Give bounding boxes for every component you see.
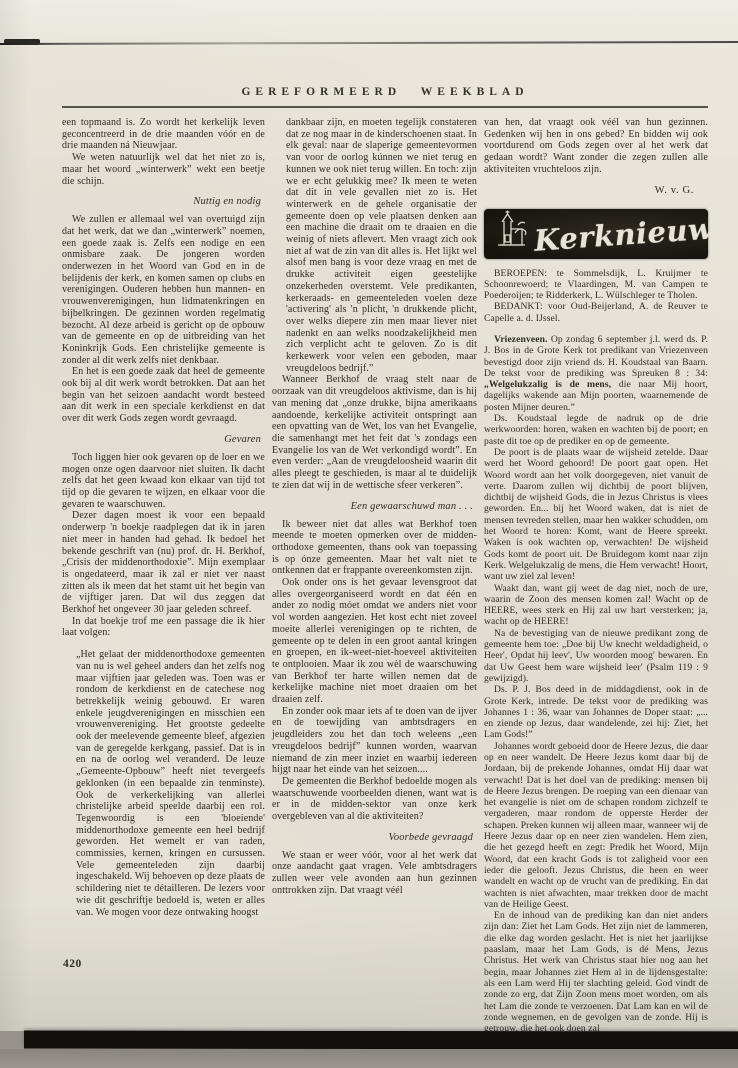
news-label: BEDANKT: bbox=[494, 301, 543, 312]
news-label: BEROEPEN: bbox=[494, 268, 547, 279]
article-columns: een topmaand is. Zo wordt het kerkelijk … bbox=[62, 117, 708, 1034]
paragraph: We staan er weer vóór, voor al het werk … bbox=[272, 850, 477, 897]
kerknieuws-news: BEROEPEN: te Sommelsdijk, L. Kruijmer te… bbox=[484, 268, 708, 1035]
news-item-vriezenveen: Vriezenveen. Op zondag 6 september j.l. … bbox=[484, 334, 708, 413]
news-paragraph: Johannes wordt geboeid door de Heere Jez… bbox=[484, 741, 708, 910]
news-paragraph: Ds. P. J. Bos deed in de middagdienst, o… bbox=[484, 684, 708, 740]
berkhof-quote: „Het gelaat der middenorthodoxe gemeente… bbox=[76, 649, 265, 918]
masthead-title: GEREFORMEERD WEEKBLAD bbox=[62, 86, 708, 98]
column-2: dankbaar zijn, en moeten tegelijk consta… bbox=[272, 117, 477, 1034]
paragraph: We zullen er allemaal wel van overtuigd … bbox=[62, 214, 265, 366]
paragraph: De gemeenten die Berkhof bedoelde mogen … bbox=[272, 776, 477, 823]
paragraph: Toch liggen hier ook gevaren op de loer … bbox=[62, 452, 265, 511]
scan-artifact-line bbox=[0, 41, 738, 45]
section-heading-gevaren: Gevaren bbox=[62, 434, 261, 445]
section-heading-nuttig-en-nodig: Nuttig en nodig bbox=[62, 196, 261, 207]
paragraph: Ik beweer niet dat alles wat Berkhof toe… bbox=[272, 519, 477, 578]
place-name: Vriezenveen. bbox=[494, 334, 548, 345]
scripture-quote-bold: „Welgelukzalig is de mens, bbox=[484, 379, 611, 390]
news-item-beroepen: BEROEPEN: te Sommelsdijk, L. Kruijmer te… bbox=[484, 268, 708, 302]
section-heading-voorbede-gevraagd: Voorbede gevraagd bbox=[272, 832, 473, 843]
paragraph: van hen, dat vraagt ook véél van hun gez… bbox=[484, 117, 708, 176]
section-heading-gewaarschuwd-man: Een gewaarschuwd man . . . bbox=[272, 501, 473, 512]
news-paragraph: De poort is de plaats waar de wijsheid z… bbox=[484, 447, 708, 583]
scanned-page: GEREFORMEERD WEEKBLAD een topmaand is. Z… bbox=[0, 0, 738, 1031]
paragraph: En zonder ook maar iets af te doen van d… bbox=[272, 706, 477, 776]
kerknieuws-script-title: Kerknieuws bbox=[533, 210, 731, 258]
news-paragraph: Na de bevestiging van de nieuwe predikan… bbox=[484, 628, 708, 684]
news-paragraph: Ds. Koudstaal legde de nadruk op de drie… bbox=[484, 413, 708, 447]
paragraph: In dat boekje trof me een passage die ik… bbox=[62, 616, 265, 639]
church-icon bbox=[490, 209, 532, 258]
paragraph: een topmaand is. Zo wordt het kerkelijk … bbox=[62, 117, 265, 152]
page-number: 420 bbox=[63, 958, 82, 970]
news-paragraph: En de inhoud van de prediking kan dan ni… bbox=[484, 910, 708, 1034]
paragraph: Ook onder ons is het gevaar levensgroot … bbox=[272, 577, 477, 706]
masthead-rule bbox=[62, 106, 708, 108]
column-3: van hen, dat vraagt ook véél van hun gez… bbox=[484, 117, 708, 1034]
paragraph: We weten natuurlijk wel dat het niet zo … bbox=[62, 152, 265, 187]
column-1: een topmaand is. Zo wordt het kerkelijk … bbox=[62, 117, 265, 1034]
news-paragraph: Waakt dan, want gij weet de dag niet, no… bbox=[484, 583, 708, 628]
paragraph: Dezer dagen moest ik voor een bepaald on… bbox=[62, 510, 265, 615]
news-item-bedankt: BEDANKT: voor Oud-Beijerland, A. de Reuv… bbox=[484, 301, 708, 324]
kerknieuws-banner: Kerknieuws bbox=[484, 209, 708, 259]
berkhof-quote-continued: dankbaar zijn, en moeten tegelijk consta… bbox=[286, 117, 477, 374]
scan-shadow-bar bbox=[24, 1031, 738, 1050]
author-initials: W. v. G. bbox=[484, 185, 694, 196]
scanner-background bbox=[0, 1049, 738, 1068]
paragraph: Wanneer Berkhof de vraag stelt naar de o… bbox=[272, 374, 477, 491]
paragraph: En het is een goede zaak dat heel de gem… bbox=[62, 366, 265, 425]
